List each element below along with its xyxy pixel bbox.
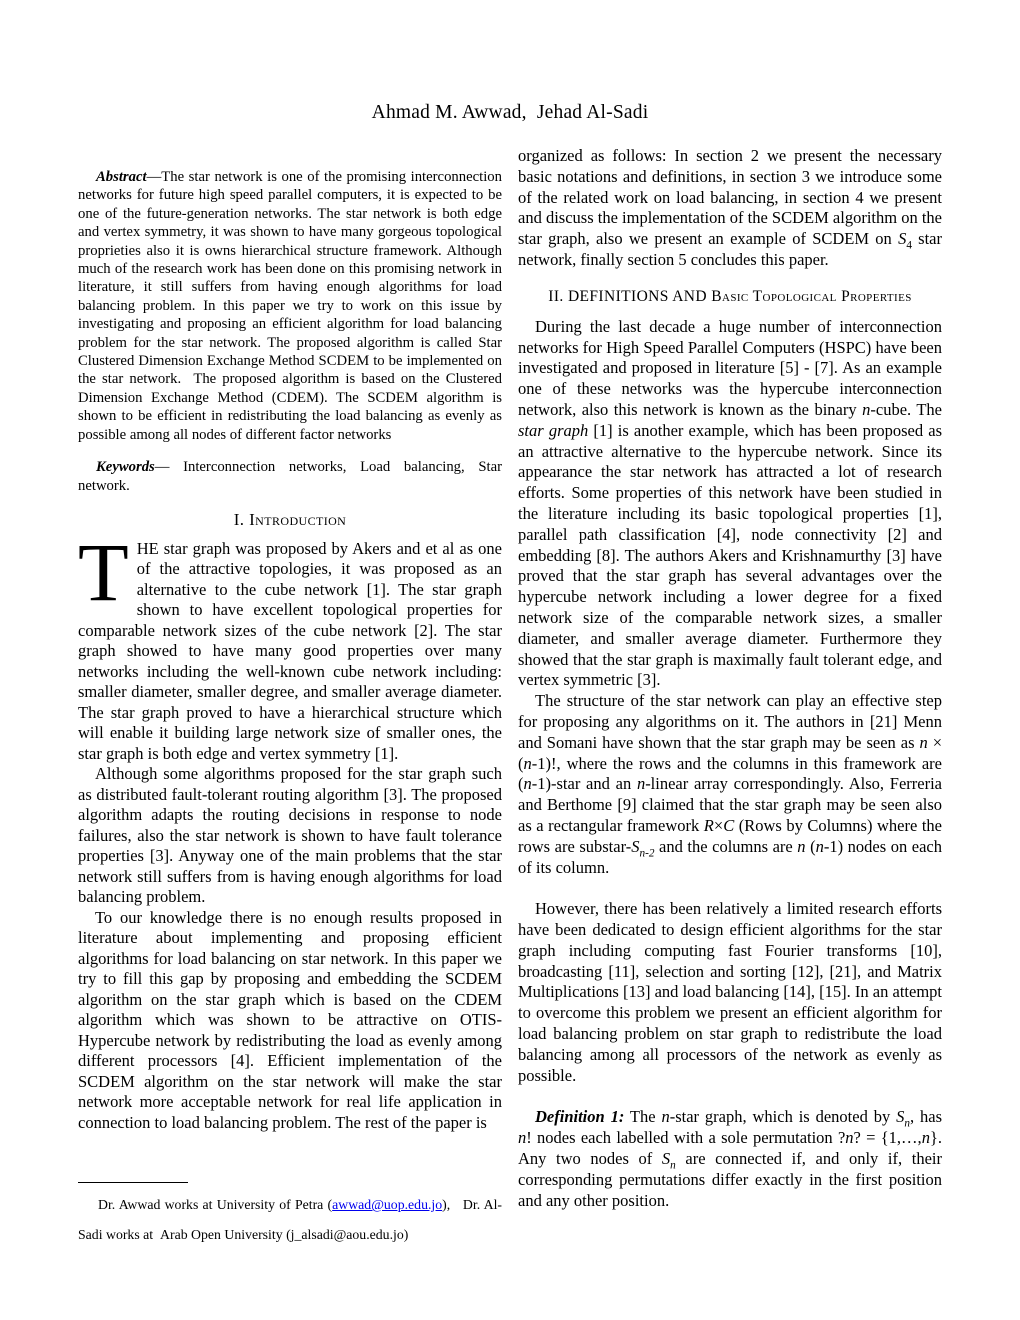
text-segment: n [845, 1128, 853, 1147]
text-segment: n [661, 1107, 669, 1126]
text-segment: × [714, 816, 723, 835]
footnote-rule [78, 1182, 188, 1183]
definitions-paragraph-3: However, there has been relatively a lim… [518, 899, 942, 1086]
section-heading-definitions: II. DEFINITIONS AND Basic Topological Pr… [518, 288, 942, 306]
paper-authors: Ahmad M. Awwad, Jehad Al-Sadi [0, 102, 1020, 124]
definition-label: Definition 1: [535, 1107, 624, 1126]
intro-paragraph-1: THE star graph was proposed by Akers and… [78, 539, 502, 765]
definition-1-paragraph: Definition 1: The n-star graph, which is… [518, 1107, 942, 1211]
intro-paragraph-1-text: HE star graph was proposed by Akers and … [78, 539, 502, 763]
text-segment: HE star graph was proposed by Akers and … [78, 539, 502, 763]
keywords-paragraph: Keywords— Interconnection networks, Load… [78, 458, 502, 495]
text-segment: n [524, 754, 532, 773]
text-segment: n [797, 837, 805, 856]
text-segment: n [637, 774, 645, 793]
text-segment: organized as follows: In section 2 we pr… [518, 146, 942, 248]
intro-paragraph-3: To our knowledge there is no enough resu… [78, 908, 502, 1134]
text-segment: n [524, 774, 532, 793]
section-heading-introduction: I. Introduction [78, 510, 502, 530]
text-segment: Although some algorithms proposed for th… [78, 764, 502, 906]
email-link-awwad[interactable]: awwad@uop.edu.jo [332, 1197, 442, 1212]
text-segment: ? = {1,…, [854, 1128, 922, 1147]
text-segment: R [704, 816, 714, 835]
definitions-paragraph-2: The structure of the star network can pl… [518, 691, 942, 878]
text-segment: [1] is another example, which has been p… [518, 421, 942, 690]
text-segment: n-2 [640, 847, 655, 859]
footnote-block: Dr. Awwad works at University of Petra (… [78, 1182, 502, 1249]
text-segment: n [816, 837, 824, 856]
text-segment: -cube. The [870, 400, 942, 419]
continuation-paragraph: organized as follows: In section 2 we pr… [518, 146, 942, 271]
text-segment: —The star network is one of the promisin… [78, 169, 502, 443]
text-segment: , has [910, 1107, 942, 1126]
left-column: Abstract—The star network is one of the … [78, 168, 502, 1133]
text-segment: ( [806, 837, 816, 856]
definitions-paragraph-1: During the last decade a huge number of … [518, 317, 942, 691]
paper-page: Ahmad M. Awwad, Jehad Al-Sadi Abstract—T… [0, 0, 1020, 1320]
right-column: organized as follows: In section 2 we pr… [518, 146, 942, 1211]
text-segment: The [624, 1107, 661, 1126]
abstract-label: Abstract [96, 169, 147, 185]
intro-paragraph-2: Although some algorithms proposed for th… [78, 764, 502, 908]
text-segment: The structure of the star network can pl… [518, 691, 942, 752]
text-segment: n [518, 1128, 526, 1147]
keywords-label: Keywords [96, 459, 155, 475]
text-segment: To our knowledge there is no enough resu… [78, 908, 502, 1132]
text-segment: Dr. Awwad works at University of Petra ( [98, 1197, 332, 1212]
text-segment: However, there has been relatively a lim… [518, 899, 942, 1084]
abstract-paragraph: Abstract—The star network is one of the … [78, 168, 502, 444]
text-segment: S [662, 1149, 670, 1168]
text-segment: n [922, 1128, 930, 1147]
text-segment: S [631, 837, 639, 856]
drop-cap: T [78, 542, 129, 603]
text-segment: n [919, 733, 927, 752]
text-segment: C [723, 816, 734, 835]
text-segment: -star graph, which is denoted by [670, 1107, 896, 1126]
text-segment: and the columns are [654, 837, 797, 856]
text-segment: -1)-star and an [532, 774, 637, 793]
text-segment: ! nodes each labelled with a sole permut… [526, 1128, 845, 1147]
footnote-text: Dr. Awwad works at University of Petra (… [78, 1190, 502, 1249]
text-segment: star graph [518, 421, 588, 440]
